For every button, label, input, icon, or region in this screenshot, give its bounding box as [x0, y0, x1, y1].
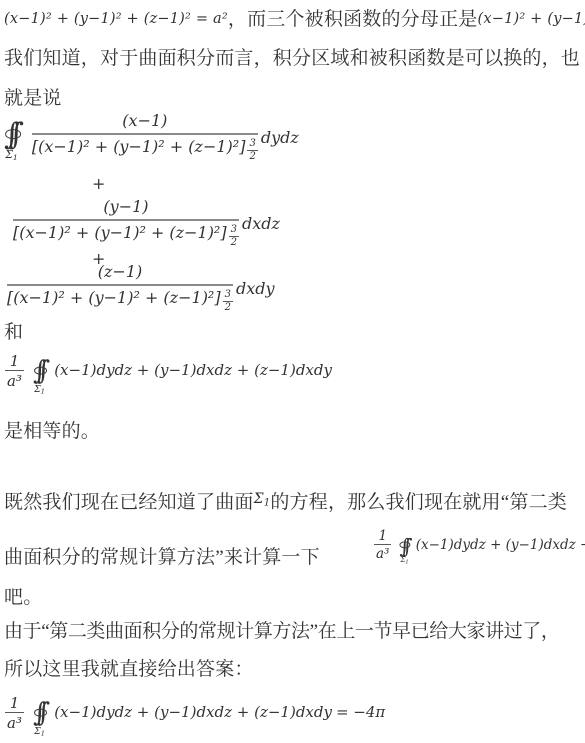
sum-of-terms: (x−1)dydz + (y−1)dxdz + (z−1)dxdy [54, 703, 332, 721]
integral-domain-label: Σ1 [400, 556, 408, 565]
integral-domain-label: Σ1 [34, 385, 45, 395]
surface-integral-icon: ∫∫ Σ1 [399, 536, 412, 556]
fraction-numerator-one: 1 [8, 694, 22, 712]
p2-text-pre: 既然我们现在已经知道了曲面 [4, 492, 254, 513]
fraction-numerator-one: 1 [376, 528, 389, 544]
fraction-x: (x−1) [(x−1)² + (y−1)² + (z−1)²]32 [32, 110, 258, 168]
plus-operator: + [92, 174, 105, 193]
display-equation-term-x: ∫∫ Σ1 (x−1) [(x−1)² + (y−1)² + (z−1)²]32… [4, 110, 299, 168]
exponent-three-halves: 32 [229, 225, 239, 249]
equal-sentence: 是相等的。 [4, 420, 100, 444]
sigma-subscript: 1 [41, 387, 45, 395]
exponent-denominator: 2 [231, 237, 237, 248]
fraction-y-denominator: [(x−1)² + (y−1)² + (z−1)²]32 [13, 219, 239, 255]
paragraph-3-line-2: 所以这里我就直接给出答案： [4, 658, 254, 682]
exponent-three-halves: 32 [247, 139, 257, 163]
exponent-numerator: 3 [229, 225, 239, 238]
surface-integral-icon: ∫∫ Σ1 [33, 700, 50, 726]
paragraph-2-line-1: 既然我们现在已经知道了曲面Σ1的方程，那么我们现在就用“第二类 [4, 491, 567, 521]
denominator-bracket: [(x−1)² + (y−1)² + (z−1)²] [7, 288, 221, 307]
sum-of-terms: (x−1)dydz + (y−1)dxdz + (z−1)dxdy [416, 537, 585, 553]
final-answer-equation: 1 a³ ∫∫ Σ1 (x−1)dydz + (y−1)dxdz + (z−1)… [5, 694, 385, 733]
sigma-symbol: Σ [5, 148, 13, 161]
one-over-a-cubed: 1 a³ [5, 352, 24, 391]
fraction-denominator-a3: a³ [374, 544, 391, 563]
sigma-subscript: 1 [405, 559, 408, 565]
display-equation-term-z: (z−1) [(x−1)² + (y−1)² + (z−1)²]32 dxdy [7, 261, 275, 319]
sigma1-inline: Σ1 [254, 487, 271, 516]
exponent-denominator: 2 [225, 302, 231, 313]
fraction-denominator-a3: a³ [5, 712, 24, 733]
differential-dxdy: dxdy [236, 279, 275, 298]
result-value: = −4π [336, 703, 385, 721]
fraction-y-numerator: (y−1) [99, 196, 152, 219]
one-over-a-cubed: 1 a³ [5, 694, 24, 733]
fraction-z-numerator: (z−1) [94, 261, 147, 284]
paragraph-1-line-3: 就是说 [4, 87, 62, 111]
integral-oval [5, 129, 21, 139]
fraction-z: (z−1) [(x−1)² + (y−1)² + (z−1)²]32 [7, 261, 233, 319]
sum-of-terms: (x−1)dydz + (y−1)dxdz + (z−1)dxdy [54, 361, 332, 379]
fraction-x-numerator: (x−1) [118, 110, 171, 133]
fraction-denominator-a3: a³ [5, 370, 24, 391]
paragraph-2-line-3: 吧。 [4, 586, 42, 610]
exponent-three-halves: 32 [223, 290, 233, 314]
paragraph-1-line-2: 我们知道，对于曲面积分而言，积分区域和被积函数是可以换的，也 [4, 47, 580, 71]
denominator-expression: (x−1)² + (y−1)² + (z−1)² [477, 11, 585, 27]
integral-domain-label: Σ1 [5, 150, 18, 162]
fraction-numerator-one: 1 [8, 352, 22, 370]
denominator-bracket: [(x−1)² + (y−1)² + (z−1)²] [32, 137, 246, 156]
fraction-z-denominator: [(x−1)² + (y−1)² + (z−1)²]32 [7, 284, 233, 320]
integral-oval [34, 708, 48, 717]
integral-domain-label: Σ1 [34, 727, 45, 737]
display-equation-term-y: (y−1) [(x−1)² + (y−1)² + (z−1)²]32 dxdz [13, 196, 280, 254]
paragraph-2-line-2: 曲面积分的常规计算方法”来计算一下 [4, 546, 320, 570]
sphere-equation: (x−1)² + (y−1)² + (z−1)² = a² [4, 11, 228, 27]
exponent-numerator: 3 [247, 139, 257, 152]
surface-integral-icon: ∫∫ Σ1 [33, 358, 50, 384]
one-over-a-cubed: 1 a³ [374, 528, 391, 563]
fraction-x-denominator: [(x−1)² + (y−1)² + (z−1)²]32 [32, 133, 258, 169]
surface-integral-icon: ∫∫ Σ1 [4, 120, 24, 150]
p1-text-mid: ，而三个被积函数的分母正是 [228, 9, 478, 30]
differential-dydz: dydz [261, 128, 299, 147]
inline-flux-equation: 1 a³ ∫∫ Σ1 (x−1)dydz + (y−1)dxdz + (z−1)… [374, 528, 585, 563]
sigma-subscript: 1 [264, 498, 271, 509]
sigma-symbol: Σ [34, 726, 41, 737]
differential-dxdz: dxdz [242, 214, 280, 233]
fraction-y: (y−1) [(x−1)² + (y−1)² + (z−1)²]32 [13, 196, 239, 254]
document-page: (x−1)² + (y−1)² + (z−1)² = a²，而三个被积函数的分母… [0, 0, 585, 743]
sigma-symbol: Σ [254, 491, 264, 507]
exponent-numerator: 3 [223, 290, 233, 303]
exponent-denominator: 2 [249, 151, 255, 162]
sigma-subscript: 1 [13, 153, 18, 162]
paragraph-1-line-1: (x−1)² + (y−1)² + (z−1)² = a²，而三个被积函数的分母… [4, 7, 585, 32]
sigma-symbol: Σ [34, 384, 41, 395]
sigma-subscript: 1 [41, 729, 45, 737]
paragraph-3-line-1: 由于“第二类曲面积分的常规计算方法”在上一节早已给大家讲过了， [4, 620, 559, 644]
denominator-bracket: [(x−1)² + (y−1)² + (z−1)²] [13, 223, 227, 242]
compact-flux-equation: 1 a³ ∫∫ Σ1 (x−1)dydz + (y−1)dxdz + (z−1)… [5, 352, 332, 391]
and-word: 和 [4, 321, 23, 345]
p2-text-post: 的方程，那么我们现在就用“第二类 [270, 492, 567, 513]
integral-oval [34, 366, 48, 375]
